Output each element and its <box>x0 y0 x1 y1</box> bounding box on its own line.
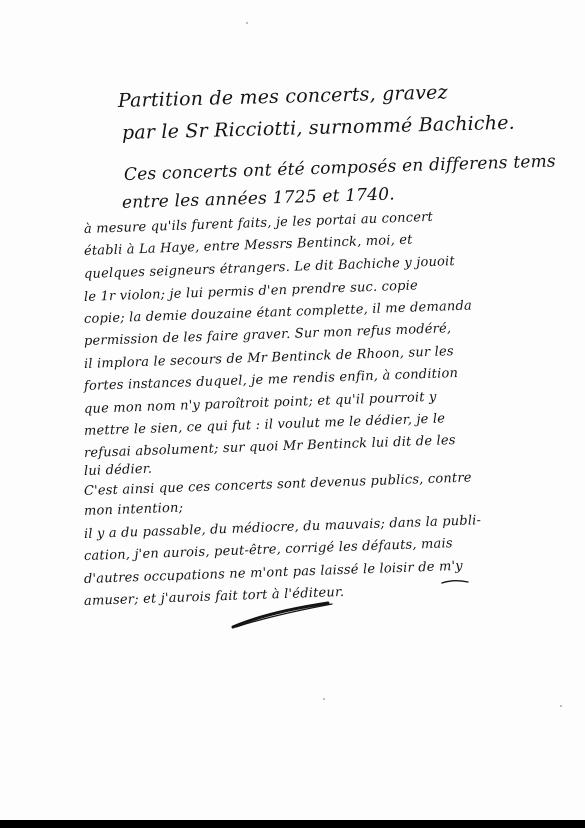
body-line: refusai absolument; sur quoi Mr Bentinck… <box>84 433 456 461</box>
body-line: d'autres occupations ne m'ont pas laissé… <box>84 559 463 587</box>
scan-speck <box>246 22 248 24</box>
title-line-1: Partition de mes concerts, gravez <box>118 81 448 112</box>
body-line: quelques seigneurs étrangers. Le dit Bac… <box>84 254 455 282</box>
body-line: cation, j'en aurois, peut-être, corrigé … <box>84 536 453 564</box>
bottom-black-bar <box>0 820 585 828</box>
body-line: permission de les faire graver. Sur mon … <box>84 321 452 349</box>
manuscript-page: Partition de mes concerts, gravez par le… <box>0 0 585 820</box>
title-line-2: par le Sr Ricciotti, surnommé Bachiche. <box>122 112 515 144</box>
trailing-dash-mark <box>440 578 470 586</box>
body-line: établi à La Haye, entre Messrs Bentinck,… <box>84 233 413 259</box>
body-line: le 1r violon; je lui permis d'en prendre… <box>84 278 418 305</box>
subtitle-line-2: entre les années 1725 et 1740. <box>122 184 395 213</box>
body-line: lui dédier. <box>84 462 153 479</box>
body-line: fortes instances duquel, je me rendis en… <box>84 366 459 394</box>
scan-speck <box>323 698 325 700</box>
closing-flourish-stroke <box>228 596 338 632</box>
scan-speck <box>560 705 562 707</box>
body-line: mon intention; <box>84 501 184 519</box>
subtitle-line-1: Ces concerts ont été composés en differe… <box>124 151 556 185</box>
